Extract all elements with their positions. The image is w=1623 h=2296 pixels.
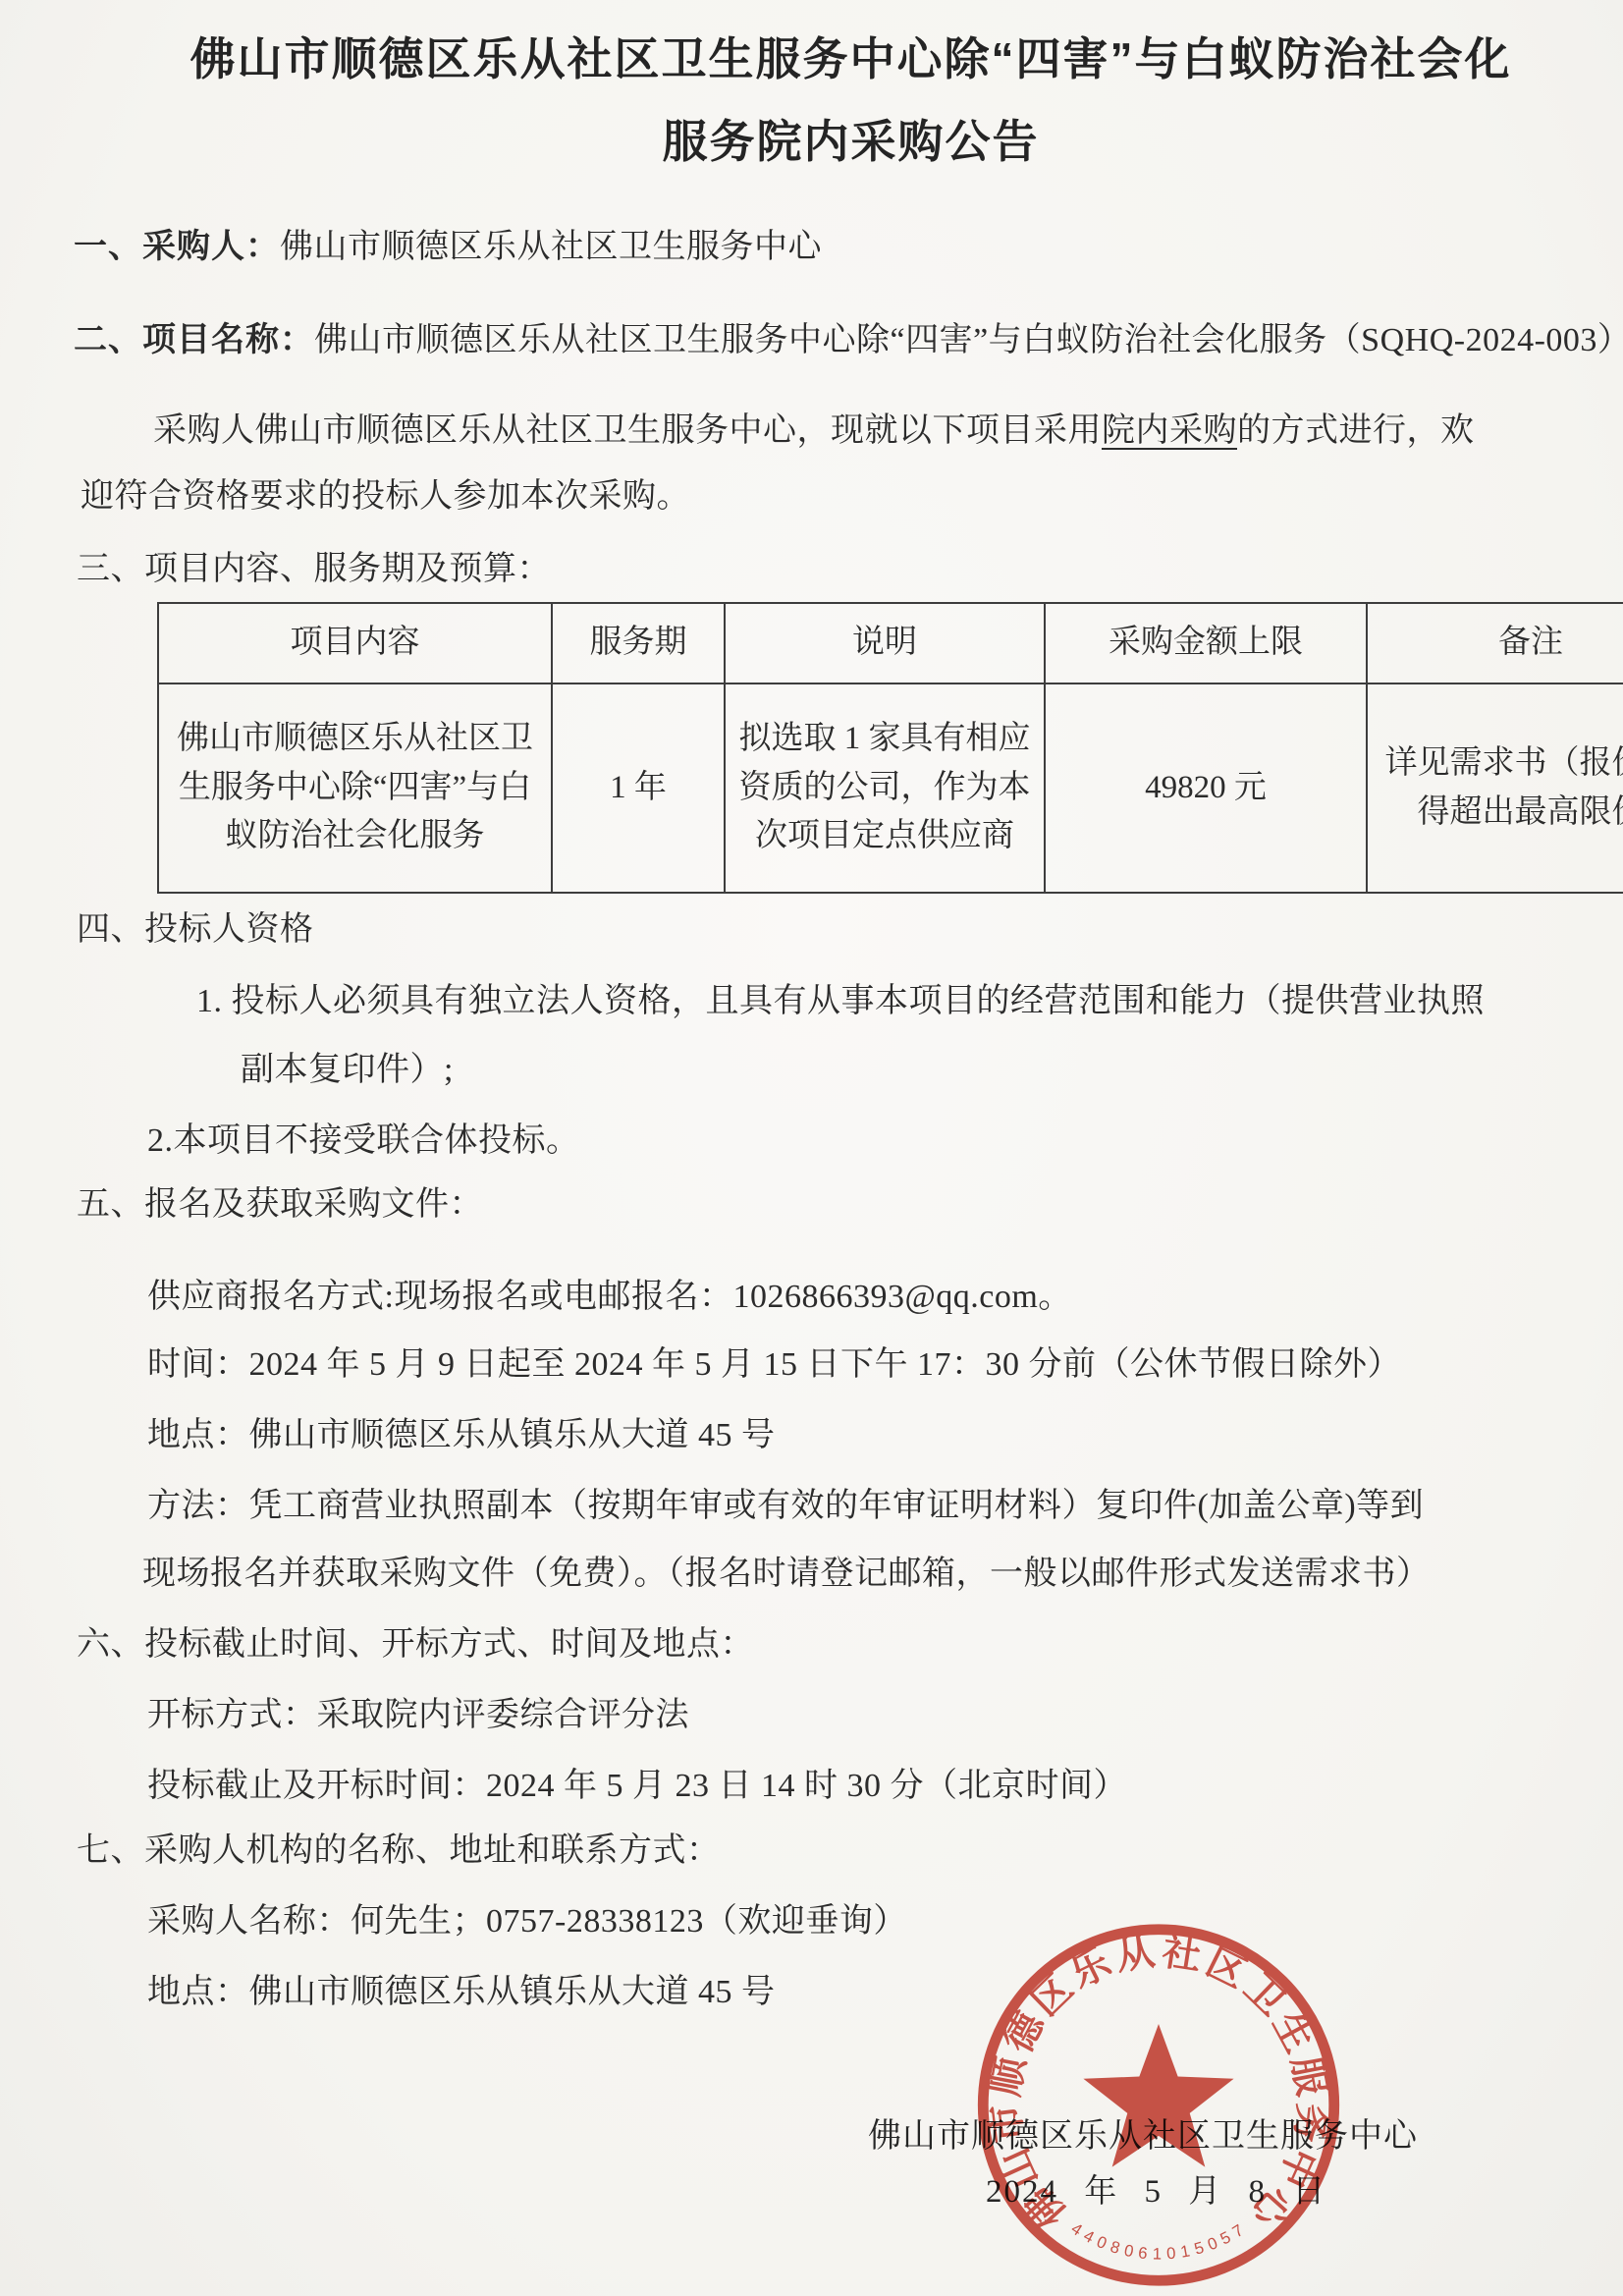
registration-time-line: 时间：2024 年 5 月 9 日起至 2024 年 5 月 15 日下午 17… xyxy=(147,1337,1401,1385)
document-title-line1: 佛山市顺德区乐从社区卫生服务中心除“四害”与白蚁防治社会化 xyxy=(39,24,1623,88)
official-seal: 佛山市顺德区乐从社区卫生服务中心 4408061015057 xyxy=(967,1917,1350,2293)
intro-text-before: 采购人佛山市顺德区乐从社区卫生服务中心，现就以下项目采用 xyxy=(153,412,1102,449)
scanned-procurement-announcement: 佛山市顺德区乐从社区卫生服务中心除“四害”与白蚁防治社会化 服务院内采购公告 一… xyxy=(0,0,1623,2296)
table-data-row: 佛山市顺德区乐从社区卫生服务中心除“四害”与白蚁防治社会化服务 1 年 拟选取 … xyxy=(158,683,1623,893)
section-bidder-qualification-heading: 四、投标人资格 xyxy=(77,902,314,950)
intro-text-underlined: 院内采购 xyxy=(1102,412,1237,449)
header-project-content: 项目内容 xyxy=(158,603,552,683)
header-service-period: 服务期 xyxy=(552,603,725,683)
registration-method-line: 供应商报名方式:现场报名或电邮报名：1026866393@qq.com。 xyxy=(147,1269,1072,1317)
qualification-item1-line2: 副本复印件）; xyxy=(241,1042,454,1090)
bid-deadline-line: 投标截止及开标时间：2024 年 5 月 23 日 14 时 30 分（北京时间… xyxy=(147,1758,1127,1806)
qualification-item2: 2.本项目不接受联合体投标。 xyxy=(147,1113,580,1161)
section-bid-opening-heading: 六、投标截止时间、开标方式、时间及地点： xyxy=(77,1616,754,1665)
intro-paragraph-line2: 迎符合资格要求的投标人参加本次采购。 xyxy=(81,468,690,517)
seal-star-icon xyxy=(1083,2024,1233,2167)
section-registration-heading: 五、报名及获取采购文件： xyxy=(77,1176,483,1225)
cell-description: 拟选取 1 家具有相应资质的公司，作为本次项目定点供应商 xyxy=(725,683,1045,893)
section-purchaser: 一、采购人：佛山市顺德区乐从社区卫生服务中心 xyxy=(74,219,822,267)
seal-serial-number: 4408061015057 xyxy=(1068,2219,1247,2264)
section-purchaser-content: 佛山市顺德区乐从社区卫生服务中心 xyxy=(280,229,822,265)
project-budget-table: 项目内容 服务期 说明 采购金额上限 备注 佛山市顺德区乐从社区卫生服务中心除“… xyxy=(157,602,1623,894)
qualification-item1-line1: 1. 投标人必须具有独立法人资格，且具有从事本项目的经营范围和能力（提供营业执照 xyxy=(196,973,1485,1021)
table-header-row: 项目内容 服务期 说明 采购金额上限 备注 xyxy=(158,603,1623,683)
intro-paragraph-line1: 采购人佛山市顺德区乐从社区卫生服务中心，现就以下项目采用院内采购的方式进行，欢 xyxy=(153,403,1475,451)
section-project-name: 二、项目名称：佛山市顺德区乐从社区卫生服务中心除“四害”与白蚁防治社会化服务（S… xyxy=(74,312,1623,360)
document-title-line2: 服务院内采购公告 xyxy=(39,106,1623,171)
registration-procedure-line1: 方法：凭工商营业执照副本（按期年审或有效的年审证明材料）复印件(加盖公章)等到 xyxy=(147,1478,1424,1526)
cell-project-content: 佛山市顺德区乐从社区卫生服务中心除“四害”与白蚁防治社会化服务 xyxy=(158,683,552,893)
registration-procedure-line2: 现场报名并获取采购文件（免费）。（报名时请登记邮箱，一般以邮件形式发送需求书） xyxy=(142,1546,1431,1594)
header-budget-ceiling: 采购金额上限 xyxy=(1045,603,1367,683)
contact-address-line: 地点：佛山市顺德区乐从镇乐从大道 45 号 xyxy=(147,1964,776,2012)
section-contact-heading: 七、采购人机构的名称、地址和联系方式： xyxy=(77,1823,721,1871)
section-project-content-heading: 三、项目内容、服务期及预算： xyxy=(77,541,551,589)
section-project-name-label: 二、项目名称： xyxy=(74,321,314,358)
header-remarks: 备注 xyxy=(1367,603,1623,683)
registration-location-line: 地点：佛山市顺德区乐从镇乐从大道 45 号 xyxy=(147,1407,776,1455)
cell-service-period: 1 年 xyxy=(552,683,725,893)
header-description: 说明 xyxy=(725,603,1045,683)
intro-text-after: 的方式进行，欢 xyxy=(1237,412,1475,449)
contact-name-line: 采购人名称：何先生；0757-28338123（欢迎垂询） xyxy=(147,1893,907,1941)
cell-remarks: 详见需求书（报价不得超出最高限价 xyxy=(1367,683,1623,893)
cell-budget-ceiling: 49820 元 xyxy=(1045,683,1367,893)
bid-opening-method-line: 开标方式：采取院内评委综合评分法 xyxy=(147,1687,689,1735)
section-project-name-content: 佛山市顺德区乐从社区卫生服务中心除“四害”与白蚁防治社会化服务（SQHQ-202… xyxy=(314,322,1623,358)
section-purchaser-label: 一、采购人： xyxy=(74,228,280,265)
